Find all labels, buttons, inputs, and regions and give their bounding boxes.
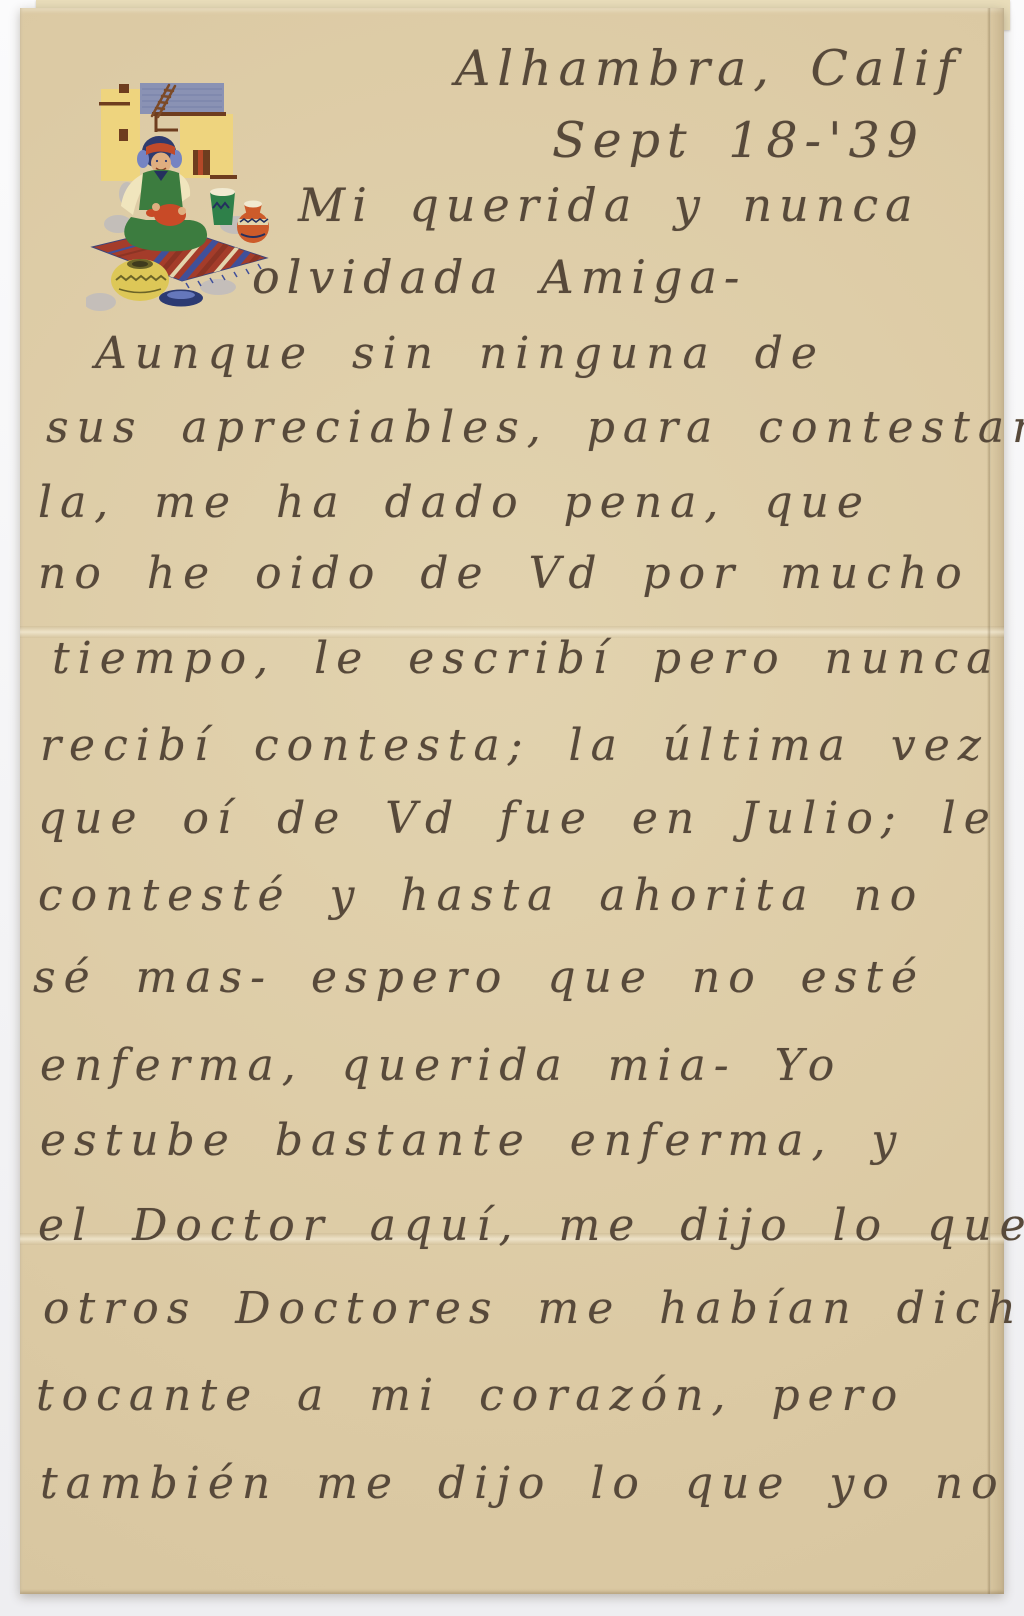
body-line-9: sé mas- espero que no esté: [33, 952, 925, 1003]
body-line-14: tocante a mi corazón, pero: [36, 1370, 905, 1421]
body-line-13: otros Doctores me habían dicho: [43, 1283, 1024, 1334]
heading-date-line: Sept 18-'39: [552, 112, 925, 169]
body-line-4: no he oido de Vd por mucho: [38, 548, 970, 599]
body-line-10: enferma, querida mia- Yo: [40, 1040, 842, 1091]
body-line-7: que oí de Vd fue en Julio; le: [38, 793, 998, 844]
body-line-15: también me dijo lo que yo no: [40, 1458, 1006, 1509]
orange-jug: [237, 201, 269, 244]
salutation-line-1: Mi querida y nunca: [298, 178, 920, 232]
body-line-5: tiempo, le escribí pero nunca: [52, 633, 1000, 684]
salutation-line-2: olvidada Amiga-: [252, 250, 746, 304]
body-line-1: Aunque sin ninguna de: [95, 328, 825, 379]
body-line-12: el Doctor aquí, me dijo lo que: [38, 1200, 1024, 1251]
heading-place-line: Alhambra, Calif: [455, 40, 962, 97]
body-line-11: estube bastante enferma, y: [40, 1115, 904, 1166]
yellow-pot: [111, 259, 169, 301]
body-line-2: sus apreciables, para contestar: [46, 402, 1024, 453]
body-line-3: la, me ha dado pena, que: [38, 477, 871, 528]
letter-scan: Alhambra, Calif Sept 18-'39 Mi querida y…: [0, 0, 1024, 1616]
blue-bowl: [159, 290, 203, 307]
body-line-8: contesté y hasta ahorita no: [38, 870, 924, 921]
body-line-6: recibí contesta; la última vez: [40, 720, 989, 771]
green-vase: [210, 188, 235, 225]
